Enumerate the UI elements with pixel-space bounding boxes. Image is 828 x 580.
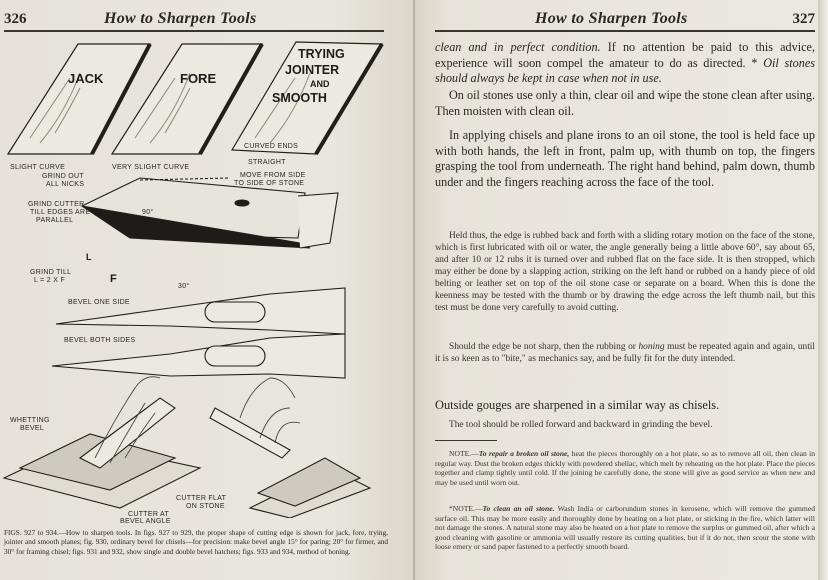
svg-text:STRAIGHT: STRAIGHT	[248, 159, 286, 166]
paragraph-held-thus: Held thus, the edge is rubbed back and f…	[435, 230, 815, 314]
svg-text:SLIGHT CURVE: SLIGHT CURVE	[10, 164, 65, 171]
paragraph-roll-tool: The tool should be rolled forward and ba…	[435, 419, 815, 431]
svg-text:MOVE FROM SIDE: MOVE FROM SIDE	[240, 172, 306, 179]
svg-text:30°: 30°	[178, 282, 190, 290]
svg-text:GRIND OUT: GRIND OUT	[42, 173, 84, 180]
svg-text:BEVEL BOTH SIDES: BEVEL BOTH SIDES	[64, 337, 135, 344]
footnote-rule	[435, 440, 497, 441]
svg-text:CURVED ENDS: CURVED ENDS	[244, 143, 298, 150]
hatchet-single-bevel	[56, 288, 345, 334]
svg-text:TILL EDGES ARE: TILL EDGES ARE	[30, 209, 90, 216]
svg-text:TO SIDE OF STONE: TO SIDE OF STONE	[234, 180, 304, 187]
svg-text:TRYING: TRYING	[298, 47, 345, 61]
figure-caption: FIGS. 927 to 934.—How to sharpen tools. …	[4, 528, 388, 556]
page-number-left: 326	[4, 11, 104, 28]
bevel-angle-label: BEVEL ANGLE	[118, 514, 198, 526]
svg-text:SMOOTH: SMOOTH	[272, 91, 327, 105]
svg-text:FORE: FORE	[180, 71, 216, 86]
svg-text:GRIND CUTTER: GRIND CUTTER	[28, 201, 85, 208]
svg-text:WHETTING: WHETTING	[10, 417, 50, 424]
svg-text:L: L	[86, 252, 92, 262]
svg-text:F: F	[110, 273, 117, 285]
svg-text:BEVEL ANGLE: BEVEL ANGLE	[120, 518, 171, 525]
paragraph-outside-gouges: Outside gouges are sharpened in a simila…	[435, 398, 815, 413]
svg-text:ON STONE: ON STONE	[186, 503, 225, 510]
page-edge	[818, 0, 828, 580]
footnote-repair-stone: NOTE.—To repair a broken oil stone, heat…	[435, 449, 815, 487]
svg-text:CUTTER FLAT: CUTTER FLAT	[176, 495, 227, 502]
chisel-drawing	[82, 178, 338, 248]
left-page: 326 How to Sharpen Tools	[0, 0, 413, 580]
running-head-title-right: How to Sharpen Tools	[435, 10, 775, 28]
sharpening-illustration: JACK FORE TRYING JOINTER AND SMOOTH SLIG…	[0, 38, 413, 518]
svg-text:JOINTER: JOINTER	[285, 63, 339, 77]
book-spread: 326 How to Sharpen Tools	[0, 0, 828, 580]
paragraph-continuation: clean and in perfect condition. If no at…	[435, 40, 815, 87]
running-head-title-left: How to Sharpen Tools	[104, 10, 384, 28]
svg-text:PARALLEL: PARALLEL	[36, 217, 73, 224]
right-page: How to Sharpen Tools 327 clean and in pe…	[415, 0, 818, 580]
left-running-head: 326 How to Sharpen Tools	[4, 6, 384, 32]
paragraph-honing: Should the edge be not sharp, then the r…	[435, 341, 815, 365]
right-running-head: How to Sharpen Tools 327	[435, 6, 815, 32]
svg-text:BEVEL ONE SIDE: BEVEL ONE SIDE	[68, 299, 130, 306]
paragraph-oil-use: On oil stones use only a thin, clear oil…	[435, 88, 815, 119]
svg-text:AND: AND	[310, 79, 330, 89]
svg-text:VERY SLIGHT CURVE: VERY SLIGHT CURVE	[112, 164, 189, 171]
paragraph-applying-chisels: In applying chisels and plane irons to a…	[435, 128, 815, 190]
svg-text:ALL NICKS: ALL NICKS	[46, 181, 84, 188]
page-number-right: 327	[775, 11, 815, 28]
svg-text:GRIND TILL: GRIND TILL	[30, 269, 71, 276]
footnote-clean-stone: *NOTE.—To clean an oil stone. Wash India…	[435, 504, 815, 552]
svg-text:JACK: JACK	[68, 71, 104, 86]
svg-text:BEVEL: BEVEL	[20, 425, 44, 432]
svg-text:L = 2 X F: L = 2 X F	[34, 277, 65, 284]
svg-text:90°: 90°	[142, 208, 154, 216]
